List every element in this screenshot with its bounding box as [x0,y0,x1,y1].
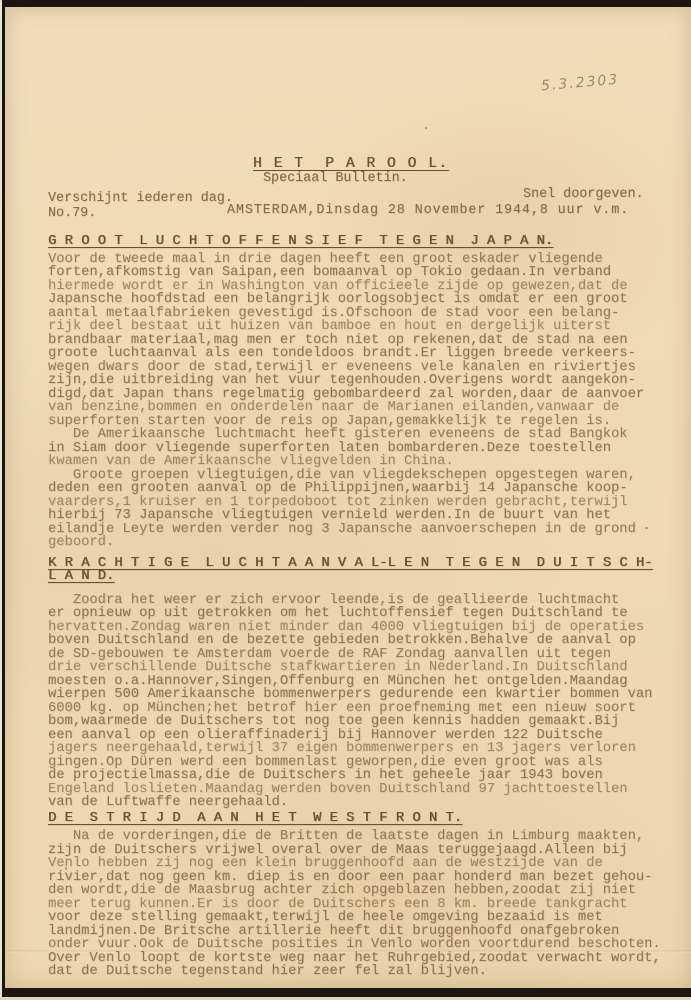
text-line: groote luchtaanval als een tondeldoos br… [48,347,668,361]
section-heading-line: D E S T R I J D A A N H E T W E S T F R … [48,812,668,826]
text-line: 6000 kg. op München;het betrof hier een … [48,702,668,716]
text-line: de SD-gebouwen te Amsterdam voerde de RA… [48,648,668,662]
text-line: Venlo hebben zij nog een klein bruggenho… [48,857,668,871]
text-line: Over Venlo loopt de kortste weg naar het… [48,952,668,966]
urgency-note: Snel doorgeven. [523,187,644,202]
text-line: Groote groepen vliegtuigen,die van vlieg… [48,469,668,483]
text-line: Zoodra het weer er zich ervoor leende,is… [48,594,668,608]
section-heading-line: L A N D. [48,570,668,584]
text-line: drie verschillende Duitsche stafkwartier… [48,661,668,675]
masthead-title: H E T P A R O O L. [253,156,449,172]
text-line: vaarders,1 kruiser en 1 torpedoboot tot … [48,496,668,510]
text-line: gingen.Op Düren werd een bommenlast gewo… [48,756,668,770]
text-line: hiermede wordt er in Washington van offi… [48,280,668,294]
text-line: van de Luftwaffe neergehaald. [48,796,668,810]
text-line: deden een grooten aanval op de Philippij… [48,482,668,496]
text-line: kwamen van de Amerikaansche vliegvelden … [48,455,668,469]
text-line: onder vuur.Ook de Duitsche posities in V… [48,938,668,952]
text-line: er opnieuw op uit getrokken om het lucht… [48,607,668,621]
section-heading: D E S T R I J D A A N H E T W E S T F R … [48,812,668,826]
text-line: voor deze stelling gemaakt,terwijl de he… [48,911,668,925]
text-line: rivier,dat nog geen km. diep is en door … [48,871,668,885]
section-heading-line: G R O O T L U C H T O F F E N S I E F T … [48,235,668,249]
text-line: in Siam door vliegende superforten laten… [48,442,668,456]
section: K R A C H T I G E L U C H T A A N V A L-… [48,557,668,810]
text-line: van benzine,bommen en onderdelen naar de… [48,401,668,415]
section: D E S T R I J D A A N H E T W E S T F R … [48,812,668,979]
paragraph: Zoodra het weer er zich ervoor leende,is… [48,594,668,810]
text-line: superforten starten voor de reis op Japa… [48,415,668,429]
text-line: een aanval op een olieraffinaderij bij H… [48,729,668,743]
paper-sheet: 5.3.2303 H E T P A R O O L. Speciaal Bul… [5,7,691,988]
text-line: dat de Duitsche tegenstand hier zeer fel… [48,965,668,979]
text-line: Na de vorderingen,die de Britten de laat… [48,830,668,844]
text-line: boven Duitschland en de bezette gebieden… [48,634,668,648]
publication-frequency: Verschijnt iederen dag. [48,191,233,206]
masthead-subtitle: Speciaal Bulletin. [263,171,408,186]
paragraph: Na de vorderingen,die de Britten de laat… [48,830,668,979]
section-heading: K R A C H T I G E L U C H T A A N V A L-… [48,557,668,584]
text-line: jagers neergehaald,terwijl 37 eigen bomm… [48,742,668,756]
text-line: zijn de Duitschers vrijwel overal over d… [48,844,668,858]
issue-number: No.79. [48,206,96,221]
text-line: wierpen 500 Amerikaansche bommenwerpers … [48,688,668,702]
text-line: Japansche hoofdstad een belangrijk oorlo… [48,293,668,307]
text-line: rijk deel bestaat uit huizen van bamboe … [48,320,668,334]
section-heading-line: K R A C H T I G E L U C H T A A N V A L-… [48,557,668,571]
scanned-bulletin-page: 5.3.2303 H E T P A R O O L. Speciaal Bul… [0,0,691,1000]
text-line: geboord. [48,536,668,550]
paragraph: De Amerikaansche luchtmacht heeft gister… [48,428,668,469]
document-body: G R O O T L U C H T O F F E N S I E F T … [48,235,668,979]
text-line: den wordt,die de Maasbrug achter zich op… [48,884,668,898]
text-line: eilandje Leyte werden verder nog 3 Japan… [48,523,668,537]
text-line: wegen dwars door de stad,terwijl er even… [48,361,668,375]
text-line: Voor de tweede maal in drie dagen heeft … [48,253,668,267]
text-line: moesten o.a.Hannover,Singen,Offenburg en… [48,675,668,689]
paragraph: Voor de tweede maal in drie dagen heeft … [48,253,668,429]
text-line: De Amerikaansche luchtmacht heeft gister… [48,428,668,442]
paper-speck [425,127,427,129]
text-line: zijn,die uitbreiding van het vuur tegenh… [48,374,668,388]
text-line: landmijnen.De Britsche artillerie heeft … [48,925,668,939]
text-line: de projectielmassa,die de Duitschers in … [48,769,668,783]
text-line: Engeland loslieten.Maandag werden boven … [48,783,668,797]
text-line: bom,waarmede de Duitschers tot nog toe g… [48,715,668,729]
text-line: digd,dat Japan thans regelmatig gebombar… [48,388,668,402]
text-line: hierbij 73 Japansche vliegtuigen verniel… [48,509,668,523]
text-line: hervatten.Zondag waren niet minder dan 4… [48,621,668,635]
dateline: AMSTERDAM,Dinsdag 28 November 1944,8 uur… [227,203,629,218]
text-line: aantal metaalfabrieken gevestigd is.Ofsc… [48,307,668,321]
scan-edge-left [0,0,2,1000]
pencil-annotation: 5.3.2303 [540,72,619,95]
section-heading: G R O O T L U C H T O F F E N S I E F T … [48,235,668,249]
text-line: meer terug kunnen.Er is door de Duitsche… [48,898,668,912]
section: G R O O T L U C H T O F F E N S I E F T … [48,235,668,550]
text-line: forten,afkomstig van Saipan,een bomaanva… [48,266,668,280]
text-line: brandbaar materiaal,mag men er toch niet… [48,334,668,348]
paragraph: Groote groepen vliegtuigen,die van vlieg… [48,469,668,550]
